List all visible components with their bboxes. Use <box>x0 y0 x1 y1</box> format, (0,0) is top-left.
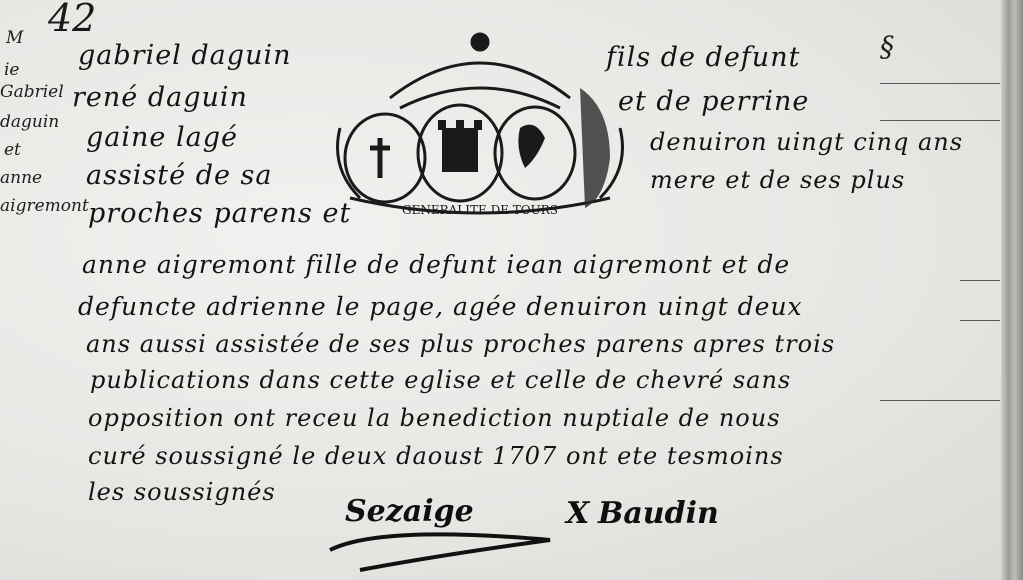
margin-note: aigremont <box>0 196 89 216</box>
margin-note: daguin <box>0 112 59 132</box>
text-line: anne aigremont fille de defunt iean aigr… <box>82 250 790 279</box>
text-line: denuiron uingt cinq ans <box>650 128 963 156</box>
divider <box>960 320 1000 321</box>
text-line: gaine lagé <box>86 122 238 153</box>
royal-coat-of-arms-stamp-icon: GENERALITE DE TOURS <box>330 28 630 220</box>
divider <box>960 280 1000 281</box>
text-line: mere et de ses plus <box>650 166 905 194</box>
text-line: curé soussigné le deux daoust 1707 ont e… <box>88 442 784 470</box>
text-line: fils de defunt <box>606 42 800 73</box>
text-line: et de perrine <box>618 86 809 117</box>
text-line: les soussignés <box>88 478 276 506</box>
text-line: assisté de sa <box>86 160 273 191</box>
signature-flourish-icon <box>320 520 580 580</box>
text-line: rené daguin <box>72 82 248 113</box>
text-line: ans aussi assistée de ses plus proches p… <box>86 330 835 358</box>
margin-note: ie <box>4 60 20 80</box>
divider <box>880 400 1000 401</box>
margin-note: M <box>6 28 23 48</box>
divider <box>880 120 1000 121</box>
text-line: proches parens et <box>88 198 351 229</box>
signature: Baudin <box>598 496 719 531</box>
text-line: gabriel daguin <box>78 40 291 71</box>
margin-note: Gabriel <box>0 82 64 102</box>
divider <box>880 83 1000 84</box>
text-line: defuncte adrienne le page, agée denuiron… <box>78 292 803 321</box>
svg-text:GENERALITE DE TOURS: GENERALITE DE TOURS <box>402 203 558 217</box>
text-line: opposition ont receu la benediction nupt… <box>88 404 781 432</box>
manuscript-page: 42 M ie Gabriel daguin et anne aigremont… <box>0 0 1023 580</box>
book-spine <box>1001 0 1023 580</box>
paraph-flourish-icon: § <box>880 30 894 63</box>
text-line: publications dans cette eglise et celle … <box>90 366 791 394</box>
margin-note: anne <box>0 168 42 188</box>
margin-note: et <box>4 140 21 160</box>
folio-number: 42 <box>48 0 96 40</box>
